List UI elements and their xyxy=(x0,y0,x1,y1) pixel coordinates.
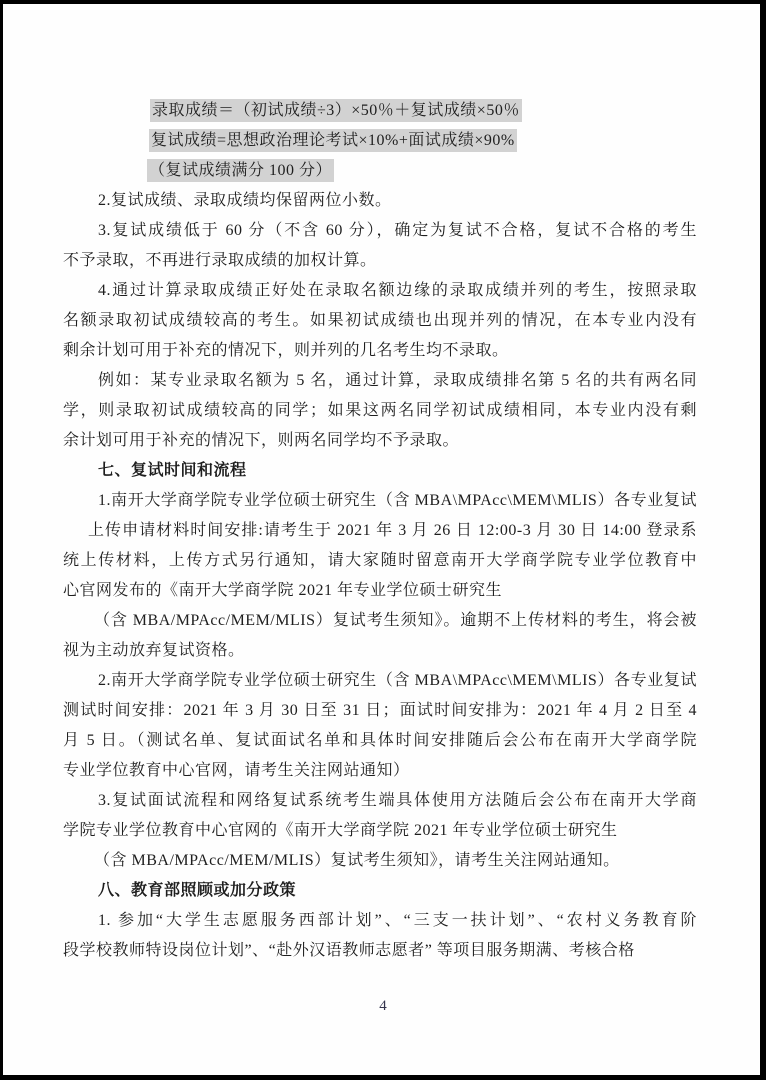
body-line: 名额录取初试成绩较高的考生。如果初试成绩也出现并列的情况，在本专业内没有 xyxy=(63,306,697,336)
body-line-text: 3.复试成绩低于 60 分（不含 60 分），确定为复试不合格，复试不合格的考生 xyxy=(98,222,697,239)
body-line-text: 专业学位教育中心官网，请考生关注网站通知） xyxy=(63,762,410,779)
body-line-text: 上传申请材料时间安排:请考生于 2021 年 3 月 26 日 12:00-3 … xyxy=(88,522,697,539)
body-line-text: 统上传材料，上传方式另行通知，请大家随时留意南开大学商学院专业学位教育中 xyxy=(63,552,697,569)
body-line: 上传申请材料时间安排:请考生于 2021 年 3 月 26 日 12:00-3 … xyxy=(63,516,697,546)
body-line-text: 视为主动放弃复试资格。 xyxy=(63,642,245,659)
body-line: （含 MBA/MPAcc/MEM/MLIS）复试考生须知》，请考生关注网站通知。 xyxy=(63,846,697,876)
section-heading-text: 八、教育部照顾或加分政策 xyxy=(98,882,296,899)
body-line: 4.通过计算录取成绩正好处在录取名额边缘的录取成绩并列的考生，按照录取 xyxy=(63,276,697,306)
body-line: （含 MBA/MPAcc/MEM/MLIS）复试考生须知》。逾期不上传材料的考生… xyxy=(63,606,697,636)
body-line: 心官网发布的《南开大学商学院 2021 年专业学位硕士研究生 xyxy=(63,576,697,606)
body-line-text: 1. 参加“大学生志愿服务西部计划”、“三支一扶计划”、“农村义务教育阶 xyxy=(98,912,697,929)
page-number: 4 xyxy=(0,996,766,1016)
body-line-text: 剩余计划可用于补充的情况下，则并列的几名考生均不录取。 xyxy=(63,342,509,359)
formula-retest-score: 复试成绩=思想政治理论考试×10%+面试成绩×90% xyxy=(63,126,697,156)
formula-admission-score: 录取成绩＝（初试成绩÷3）×50％＋复试成绩×50％ xyxy=(63,96,697,126)
body-line: 学，则录取初试成绩较高的同学；如果这两名同学初试成绩相同，本专业内没有剩 xyxy=(63,396,697,426)
body-line-text: 2.南开大学商学院专业学位硕士研究生（含 MBA\MPAcc\MEM\MLIS）… xyxy=(98,672,697,689)
body-line-text: （含 MBA/MPAcc/MEM/MLIS）复试考生须知》，请考生关注网站通知。 xyxy=(94,852,620,869)
document-body: 录取成绩＝（初试成绩÷3）×50％＋复试成绩×50％复试成绩=思想政治理论考试×… xyxy=(63,96,697,966)
body-line-text: 3.复试面试流程和网络复试系统考生端具体使用方法随后会公布在南开大学商 xyxy=(98,792,697,809)
body-line-text: 学院专业学位教育中心官网的《南开大学商学院 2021 年专业学位硕士研究生 xyxy=(63,822,618,839)
formula-admission-score-text: 录取成绩＝（初试成绩÷3）×50％＋复试成绩×50％ xyxy=(150,99,522,122)
body-line: 剩余计划可用于补充的情况下，则并列的几名考生均不录取。 xyxy=(63,336,697,366)
body-line-text: 测试时间安排：2021 年 3 月 30 日至 31 日；面试时间安排为：202… xyxy=(63,702,697,719)
body-line: 测试时间安排：2021 年 3 月 30 日至 31 日；面试时间安排为：202… xyxy=(63,696,697,726)
body-line: 专业学位教育中心官网，请考生关注网站通知） xyxy=(63,756,697,786)
body-line: 段学校教师特设岗位计划”、“赴外汉语教师志愿者” 等项目服务期满、考核合格 xyxy=(63,936,697,966)
body-line-text: 1.南开大学商学院专业学位硕士研究生（含 MBA\MPAcc\MEM\MLIS）… xyxy=(98,492,697,509)
body-line-text: 心官网发布的《南开大学商学院 2021 年专业学位硕士研究生 xyxy=(63,582,502,599)
body-line: 3.复试成绩低于 60 分（不含 60 分），确定为复试不合格，复试不合格的考生 xyxy=(63,216,697,246)
body-line-text: 学，则录取初试成绩较高的同学；如果这两名同学初试成绩相同，本专业内没有剩 xyxy=(63,402,697,419)
formula-note: （复试成绩满分 100 分） xyxy=(63,156,697,186)
body-line-text: 2.复试成绩、录取成绩均保留两位小数。 xyxy=(98,192,392,209)
body-line: 例如：某专业录取名额为 5 名，通过计算，录取成绩排名第 5 名的共有两名同 xyxy=(63,366,697,396)
body-line-text: 名额录取初试成绩较高的考生。如果初试成绩也出现并列的情况，在本专业内没有 xyxy=(63,312,697,329)
section-heading: 八、教育部照顾或加分政策 xyxy=(63,876,697,906)
section-heading: 七、复试时间和流程 xyxy=(63,456,697,486)
document-page: 录取成绩＝（初试成绩÷3）×50％＋复试成绩×50％复试成绩=思想政治理论考试×… xyxy=(0,0,766,1080)
body-line: 2.南开大学商学院专业学位硕士研究生（含 MBA\MPAcc\MEM\MLIS）… xyxy=(63,666,697,696)
body-line: 3.复试面试流程和网络复试系统考生端具体使用方法随后会公布在南开大学商 xyxy=(63,786,697,816)
body-line-text: 余计划可用于补充的情况下，则两名同学均不予录取。 xyxy=(63,432,459,449)
body-line: 余计划可用于补充的情况下，则两名同学均不予录取。 xyxy=(63,426,697,456)
formula-retest-score-text: 复试成绩=思想政治理论考试×10%+面试成绩×90% xyxy=(149,129,517,152)
body-line: 不予录取，不再进行录取成绩的加权计算。 xyxy=(63,246,697,276)
body-line: 1.南开大学商学院专业学位硕士研究生（含 MBA\MPAcc\MEM\MLIS）… xyxy=(63,486,697,516)
body-line: 2.复试成绩、录取成绩均保留两位小数。 xyxy=(63,186,697,216)
body-line: 统上传材料，上传方式另行通知，请大家随时留意南开大学商学院专业学位教育中 xyxy=(63,546,697,576)
body-line-text: （含 MBA/MPAcc/MEM/MLIS）复试考生须知》。逾期不上传材料的考生… xyxy=(94,612,697,629)
body-line-text: 段学校教师特设岗位计划”、“赴外汉语教师志愿者” 等项目服务期满、考核合格 xyxy=(63,942,635,959)
formula-note-text: （复试成绩满分 100 分） xyxy=(147,159,334,182)
body-line-text: 例如：某专业录取名额为 5 名，通过计算，录取成绩排名第 5 名的共有两名同 xyxy=(98,372,697,389)
body-line: 学院专业学位教育中心官网的《南开大学商学院 2021 年专业学位硕士研究生 xyxy=(63,816,697,846)
body-line: 1. 参加“大学生志愿服务西部计划”、“三支一扶计划”、“农村义务教育阶 xyxy=(63,906,697,936)
body-line-text: 4.通过计算录取成绩正好处在录取名额边缘的录取成绩并列的考生，按照录取 xyxy=(98,282,697,299)
body-line-text: 不予录取，不再进行录取成绩的加权计算。 xyxy=(63,252,377,269)
body-line-text: 月 5 日。（测试名单、复试面试名单和具体时间安排随后会公布在南开大学商学院 xyxy=(63,732,697,749)
body-line: 月 5 日。（测试名单、复试面试名单和具体时间安排随后会公布在南开大学商学院 xyxy=(63,726,697,756)
body-line: 视为主动放弃复试资格。 xyxy=(63,636,697,666)
section-heading-text: 七、复试时间和流程 xyxy=(98,462,247,479)
